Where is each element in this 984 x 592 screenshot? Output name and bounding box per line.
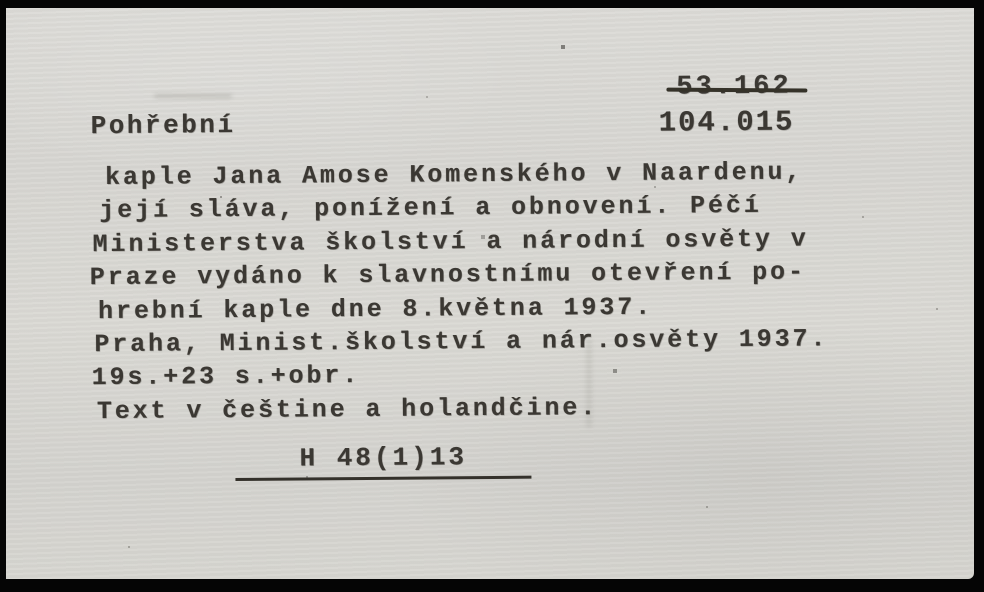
card-body: kaple Jana Amose Komenského v Naardenu, …: [89, 155, 829, 428]
body-line: Praze vydáno k slavnostnímu otevření po-: [90, 256, 828, 295]
body-line: její sláva, ponížení a obnovení. Péčí: [99, 189, 827, 228]
body-line: Praha, Minist.školství a nár.osvěty 1937…: [94, 322, 828, 361]
typed-content: 53.162 104.015 Pohřební kaple Jana Amose…: [6, 8, 974, 579]
shelfmark-underlined: H 48(1)13: [235, 442, 531, 481]
scan-speckles: [6, 8, 8, 10]
catalog-card: 53.162 104.015 Pohřební kaple Jana Amose…: [6, 8, 974, 579]
scan-background: 53.162 104.015 Pohřební kaple Jana Amose…: [0, 0, 984, 592]
card-heading: Pohřební: [91, 110, 236, 141]
old-catalog-number-strikethrough: 53.162: [676, 72, 791, 103]
catalog-number: 104.015: [659, 106, 795, 140]
body-line: Text v češtine a holandčine.: [97, 389, 829, 428]
body-line: kaple Jana Amose Komenského v Naardenu,: [105, 155, 827, 194]
